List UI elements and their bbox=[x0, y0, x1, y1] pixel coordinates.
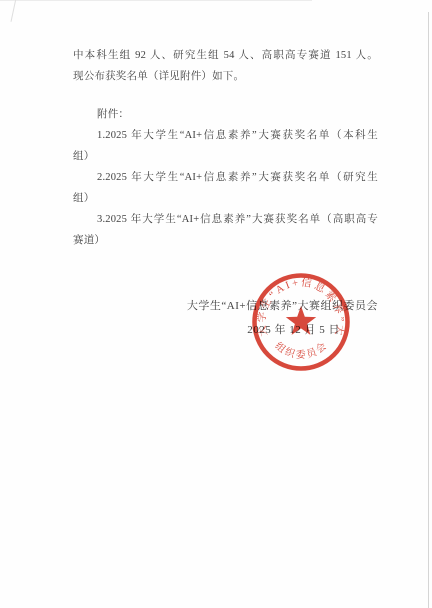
attachment-item-2-cont: 组） bbox=[73, 188, 378, 209]
svg-text:组织委员会: 组织委员会 bbox=[273, 340, 329, 362]
attachment-heading: 附件： bbox=[73, 104, 378, 125]
attachment-item-1: 1.2025 年大学生“AI+信息素养”大赛获奖名单（本科生 bbox=[73, 125, 378, 146]
seal-bottom-text: 组织委员会 bbox=[273, 340, 329, 362]
document-page: 中本科生组 92 人、研究生组 54 人、高职高专赛道 151 人。 现公布获奖… bbox=[0, 0, 432, 608]
attachment-item-2: 2.2025 年大学生“AI+信息素养”大赛获奖名单（研究生 bbox=[73, 167, 378, 188]
seal-star-icon bbox=[286, 306, 316, 335]
attachment-item-3: 3.2025 年大学生“AI+信息素养”大赛获奖名单（高职高专 bbox=[73, 209, 378, 230]
body-line: 中本科生组 92 人、研究生组 54 人、高职高专赛道 151 人。 bbox=[73, 45, 378, 66]
scan-edge-top bbox=[0, 0, 312, 1]
scan-edge-right bbox=[428, 12, 429, 608]
scan-mark-topleft bbox=[11, 0, 17, 22]
attachment-item-1-cont: 组） bbox=[73, 146, 378, 167]
official-seal: 大学生“AI+信息素养”大赛 组织委员会 bbox=[252, 273, 350, 371]
paragraph-gap bbox=[73, 87, 378, 104]
attachment-item-3-cont: 赛道） bbox=[73, 230, 378, 251]
body-line: 现公布获奖名单（详见附件）如下。 bbox=[73, 66, 378, 87]
document-body: 中本科生组 92 人、研究生组 54 人、高职高专赛道 151 人。 现公布获奖… bbox=[73, 45, 378, 251]
